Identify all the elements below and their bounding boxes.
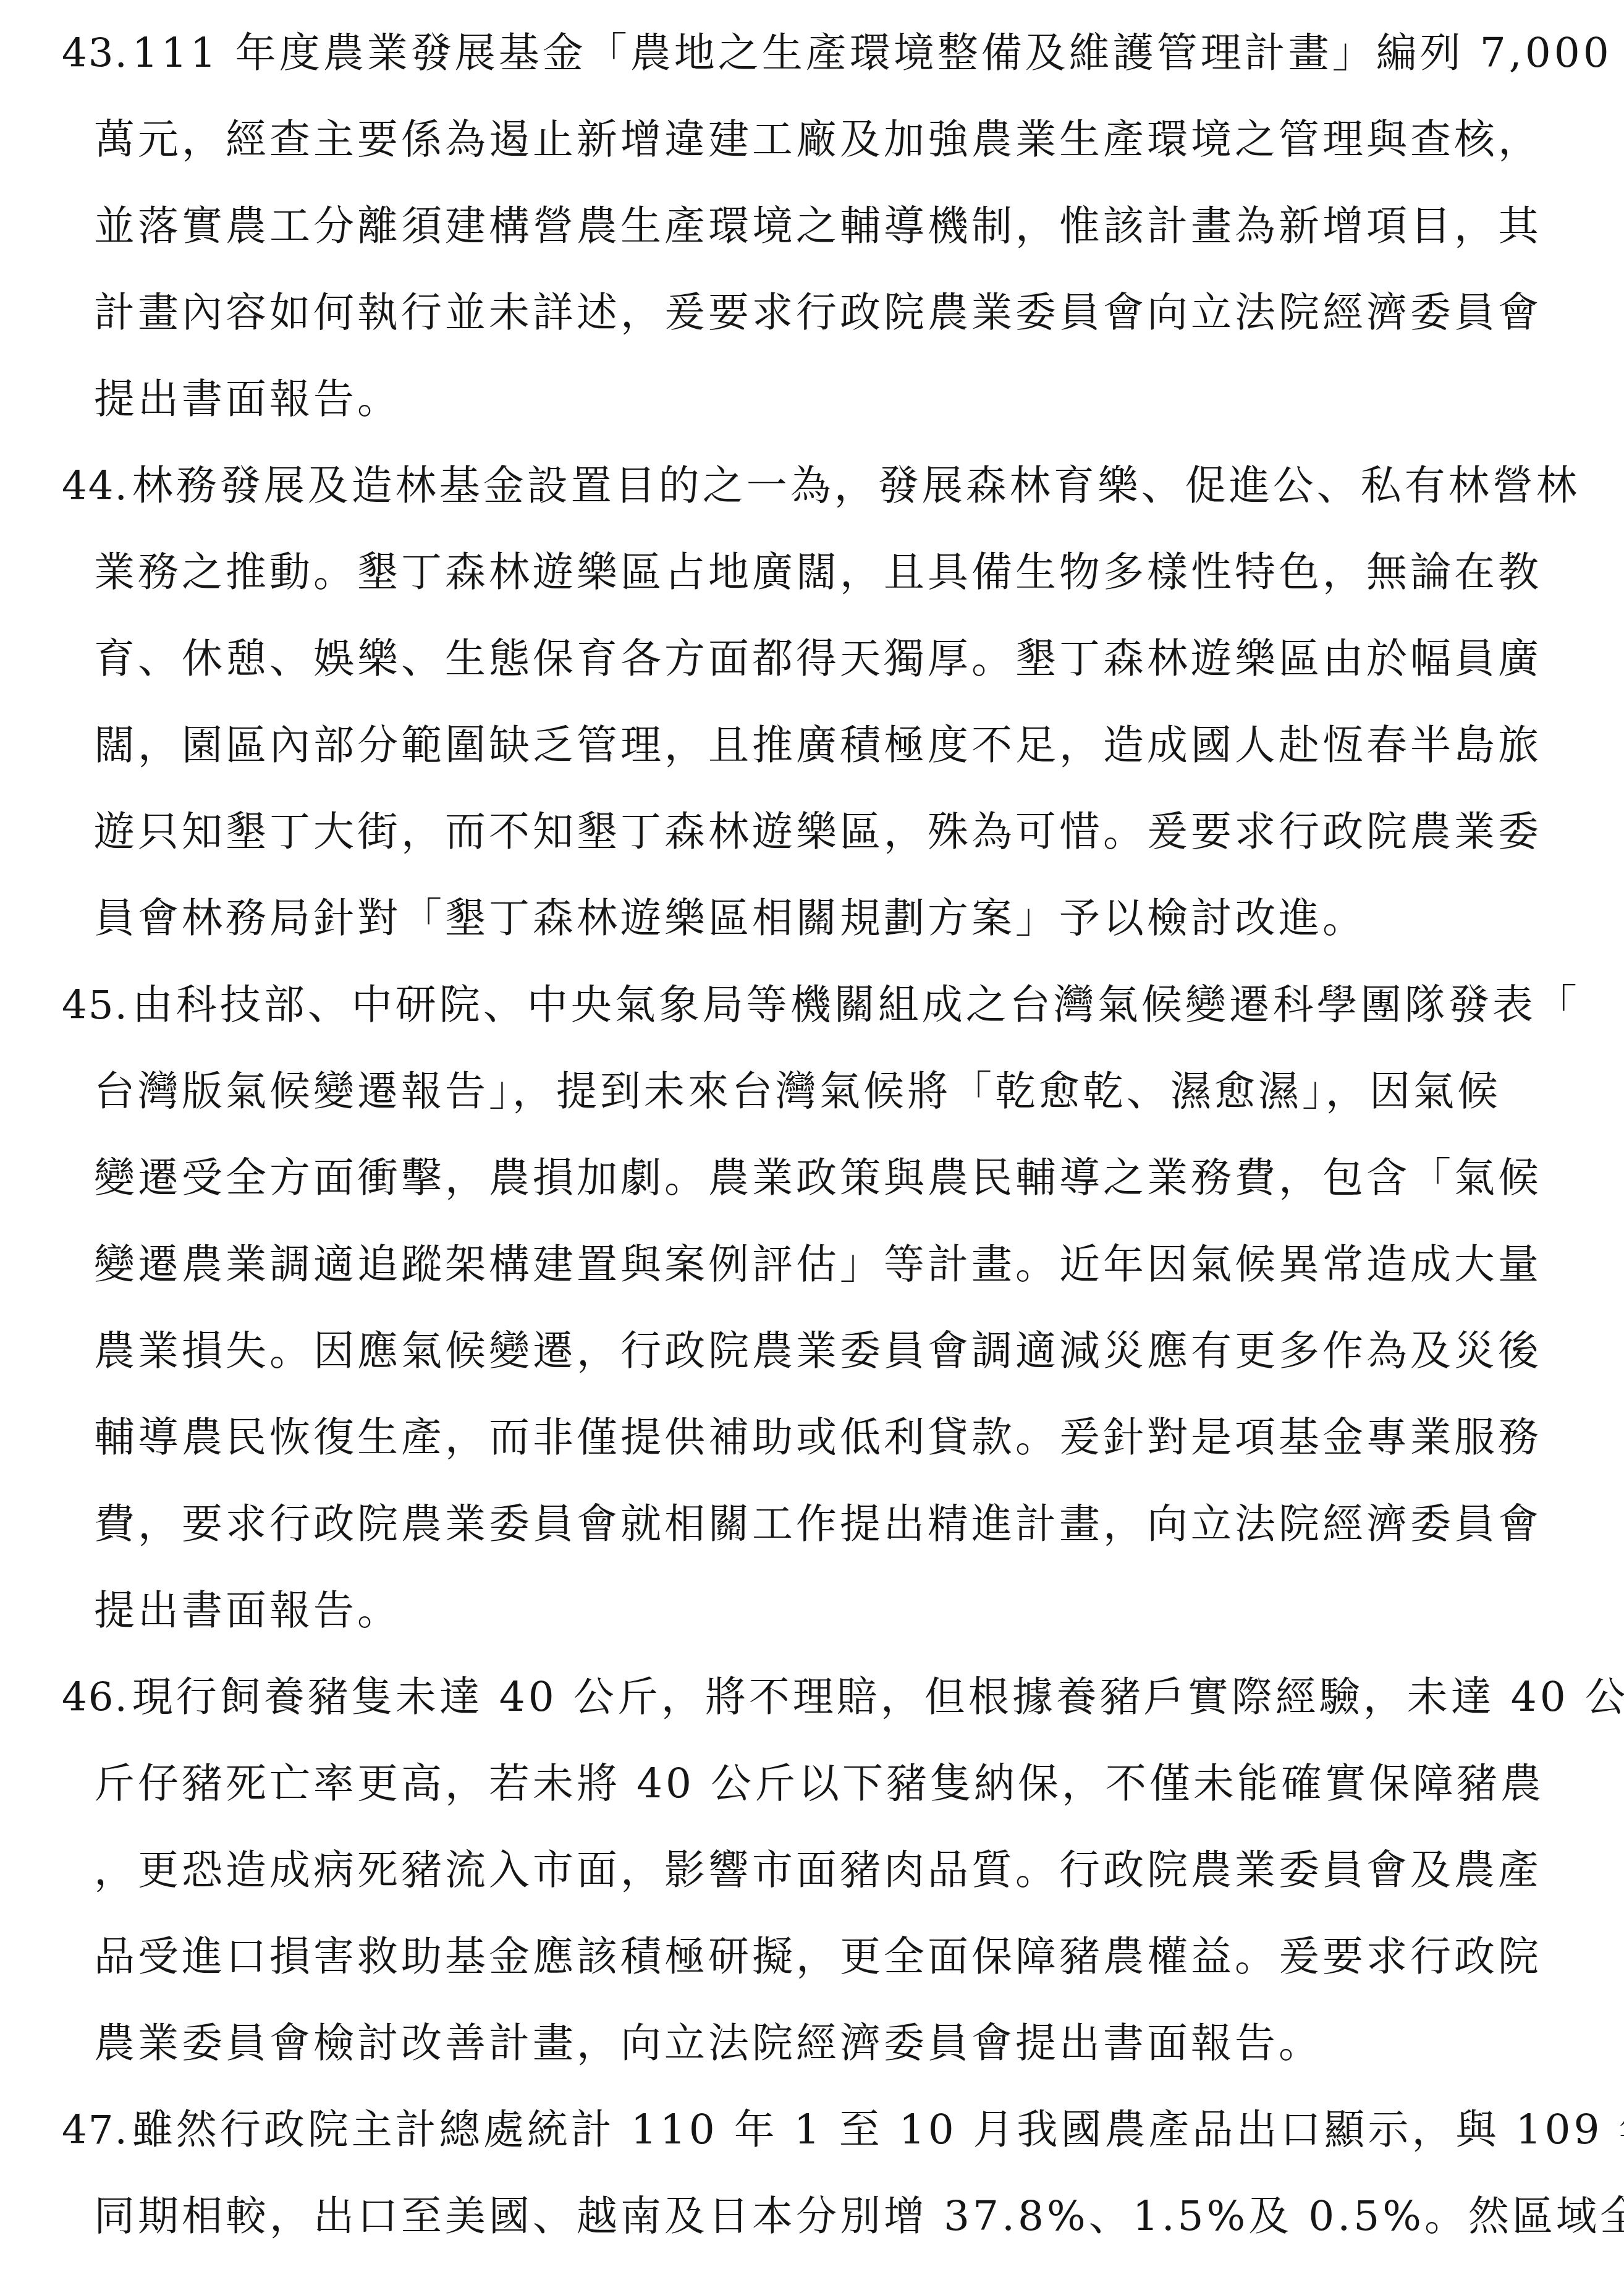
line-text: 遊只知墾丁大街，而不知墾丁森林遊樂區，殊為可惜。爰要求行政院農業委 <box>94 808 1542 855</box>
paragraph-line: 員會林務局針對「墾丁森林遊樂區相關規劃方案」予以檢討改進。 <box>0 875 1624 962</box>
paragraph-line: 台灣版氣候變遷報告」，提到未來台灣氣候將「乾愈乾、濕愈濕」，因氣候 <box>0 1048 1624 1135</box>
paragraph-line: 提出書面報告。 <box>0 1567 1624 1654</box>
paragraph-line: 萬元，經查主要係為遏止新增違建工廠及加強農業生產環境之管理與查核， <box>0 96 1624 183</box>
line-text: 農業損失。因應氣候變遷，行政院農業委員會調適減災應有更多作為及災後 <box>94 1327 1542 1375</box>
paragraph-line: 43.111 年度農業發展基金「農地之生產環境整備及維護管理計畫」編列 7,00… <box>0 10 1624 96</box>
paragraph-line: 育、休憩、娛樂、生態保育各方面都得天獨厚。墾丁森林遊樂區由於幅員廣 <box>0 616 1624 702</box>
line-text: 111 年度農業發展基金「農地之生產環境整備及維護管理計畫」編列 7,000 <box>132 29 1612 77</box>
paragraph-line: 遊只知墾丁大街，而不知墾丁森林遊樂區，殊為可惜。爰要求行政院農業委 <box>0 789 1624 875</box>
paragraph-line: 45.由科技部、中研院、中央氣象局等機關組成之台灣氣候變遷科學團隊發表「 <box>0 962 1624 1048</box>
line-text: 萬元，經查主要係為遏止新增違建工廠及加強農業生產環境之管理與查核， <box>94 116 1542 163</box>
item-number: 43. <box>62 31 132 77</box>
line-text: 農業委員會檢討改善計畫，向立法院經濟委員會提出書面報告。 <box>94 2019 1322 2067</box>
paragraph-line: 變遷農業調適追蹤架構建置與案例評估」等計畫。近年因氣候異常造成大量 <box>0 1221 1624 1308</box>
item-number: 44. <box>62 464 132 509</box>
paragraph-line: 農業委員會檢討改善計畫，向立法院經濟委員會提出書面報告。 <box>0 2000 1624 2087</box>
paragraph-line: 農業損失。因應氣候變遷，行政院農業委員會調適減災應有更多作為及災後 <box>0 1308 1624 1394</box>
line-text: 提出書面報告。 <box>94 375 401 423</box>
line-text: 費，要求行政院農業委員會就相關工作提出精進計畫，向立法院經濟委員會 <box>94 1500 1542 1548</box>
paragraph-line: 並落實農工分離須建構營農生產環境之輔導機制，惟該計畫為新增項目，其 <box>0 183 1624 269</box>
paragraph-line: 提出書面報告。 <box>0 356 1624 443</box>
line-text: 品受進口損害救助基金應該積極研擬，更全面保障豬農權益。爰要求行政院 <box>94 1933 1542 1980</box>
item-number: 47. <box>62 2108 132 2153</box>
line-text: 育、休憩、娛樂、生態保育各方面都得天獨厚。墾丁森林遊樂區由於幅員廣 <box>94 635 1542 682</box>
document-page: 43.111 年度農業發展基金「農地之生產環境整備及維護管理計畫」編列 7,00… <box>0 0 1624 2272</box>
document-item: 47.雖然行政院主計總處統計 110 年 1 至 10 月我國農產品出口顯示，與… <box>0 2087 1624 2260</box>
line-text: 斤仔豬死亡率更高，若未將 40 公斤以下豬隻納保，不僅未能確實保障豬農 <box>94 1760 1544 1807</box>
paragraph-line: 品受進口損害救助基金應該積極研擬，更全面保障豬農權益。爰要求行政院 <box>0 1914 1624 2000</box>
paragraph-line: 輔導農民恢復生產，而非僅提供補助或低利貸款。爰針對是項基金專業服務 <box>0 1394 1624 1481</box>
line-text: ，更恐造成病死豬流入市面，影響市面豬肉品質。行政院農業委員會及農產 <box>94 1846 1542 1894</box>
paragraph-line: 44.林務發展及造林基金設置目的之一為，發展森林育樂、促進公、私有林營林 <box>0 443 1624 529</box>
paragraph-line: 闊，園區內部分範圍缺乏管理，且推廣積極度不足，造成國人赴恆春半島旅 <box>0 702 1624 789</box>
line-text: 變遷受全方面衝擊，農損加劇。農業政策與農民輔導之業務費，包含「氣候 <box>94 1154 1542 1202</box>
document-item: 43.111 年度農業發展基金「農地之生產環境整備及維護管理計畫」編列 7,00… <box>0 10 1624 443</box>
line-text: 由科技部、中研院、中央氣象局等機關組成之台灣氣候變遷科學團隊發表「 <box>132 981 1580 1028</box>
paragraph-line: ，更恐造成病死豬流入市面，影響市面豬肉品質。行政院農業委員會及農產 <box>0 1827 1624 1914</box>
line-text: 台灣版氣候變遷報告」，提到未來台灣氣候將「乾愈乾、濕愈濕」，因氣候 <box>94 1067 1501 1115</box>
line-text: 雖然行政院主計總處統計 110 年 1 至 10 月我國農產品出口顯示，與 10… <box>132 2106 1624 2153</box>
line-text: 現行飼養豬隻未達 40 公斤，將不理賠，但根據養豬戶實際經驗，未達 40 公 <box>132 1673 1624 1721</box>
item-number: 45. <box>62 983 132 1028</box>
paragraph-line: 46.現行飼養豬隻未達 40 公斤，將不理賠，但根據養豬戶實際經驗，未達 40 … <box>0 1654 1624 1740</box>
line-text: 變遷農業調適追蹤架構建置與案例評估」等計畫。近年因氣候異常造成大量 <box>94 1240 1542 1288</box>
item-list: 43.111 年度農業發展基金「農地之生產環境整備及維護管理計畫」編列 7,00… <box>0 10 1624 2260</box>
line-text: 計畫內容如何執行並未詳述，爰要求行政院農業委員會向立法院經濟委員會 <box>94 289 1542 336</box>
paragraph-line: 計畫內容如何執行並未詳述，爰要求行政院農業委員會向立法院經濟委員會 <box>0 269 1624 356</box>
item-number: 46. <box>62 1675 132 1721</box>
line-text: 闊，園區內部分範圍缺乏管理，且推廣積極度不足，造成國人赴恆春半島旅 <box>94 721 1542 769</box>
document-item: 46.現行飼養豬隻未達 40 公斤，將不理賠，但根據養豬戶實際經驗，未達 40 … <box>0 1654 1624 2087</box>
paragraph-line: 業務之推動。墾丁森林遊樂區占地廣闊，且具備生物多樣性特色，無論在教 <box>0 529 1624 616</box>
line-text: 業務之推動。墾丁森林遊樂區占地廣闊，且具備生物多樣性特色，無論在教 <box>94 548 1542 596</box>
paragraph-line: 47.雖然行政院主計總處統計 110 年 1 至 10 月我國農產品出口顯示，與… <box>0 2087 1624 2173</box>
line-text: 林務發展及造林基金設置目的之一為，發展森林育樂、促進公、私有林營林 <box>132 462 1580 509</box>
line-text: 並落實農工分離須建構營農生產環境之輔導機制，惟該計畫為新增項目，其 <box>94 202 1542 250</box>
paragraph-line: 變遷受全方面衝擊，農損加劇。農業政策與農民輔導之業務費，包含「氣候 <box>0 1135 1624 1221</box>
paragraph-line: 同期相較，出口至美國、越南及日本分別增 37.8%、1.5%及 0.5%。然區域… <box>0 2173 1624 2260</box>
line-text: 同期相較，出口至美國、越南及日本分別增 37.8%、1.5%及 0.5%。然區域… <box>94 2192 1624 2240</box>
paragraph-line: 斤仔豬死亡率更高，若未將 40 公斤以下豬隻納保，不僅未能確實保障豬農 <box>0 1740 1624 1827</box>
paragraph-line: 費，要求行政院農業委員會就相關工作提出精進計畫，向立法院經濟委員會 <box>0 1481 1624 1567</box>
line-text: 提出書面報告。 <box>94 1587 401 1634</box>
document-item: 44.林務發展及造林基金設置目的之一為，發展森林育樂、促進公、私有林營林業務之推… <box>0 443 1624 962</box>
document-item: 45.由科技部、中研院、中央氣象局等機關組成之台灣氣候變遷科學團隊發表「台灣版氣… <box>0 962 1624 1654</box>
line-text: 輔導農民恢復生產，而非僅提供補助或低利貸款。爰針對是項基金專業服務 <box>94 1414 1542 1461</box>
line-text: 員會林務局針對「墾丁森林遊樂區相關規劃方案」予以檢討改進。 <box>94 894 1366 942</box>
